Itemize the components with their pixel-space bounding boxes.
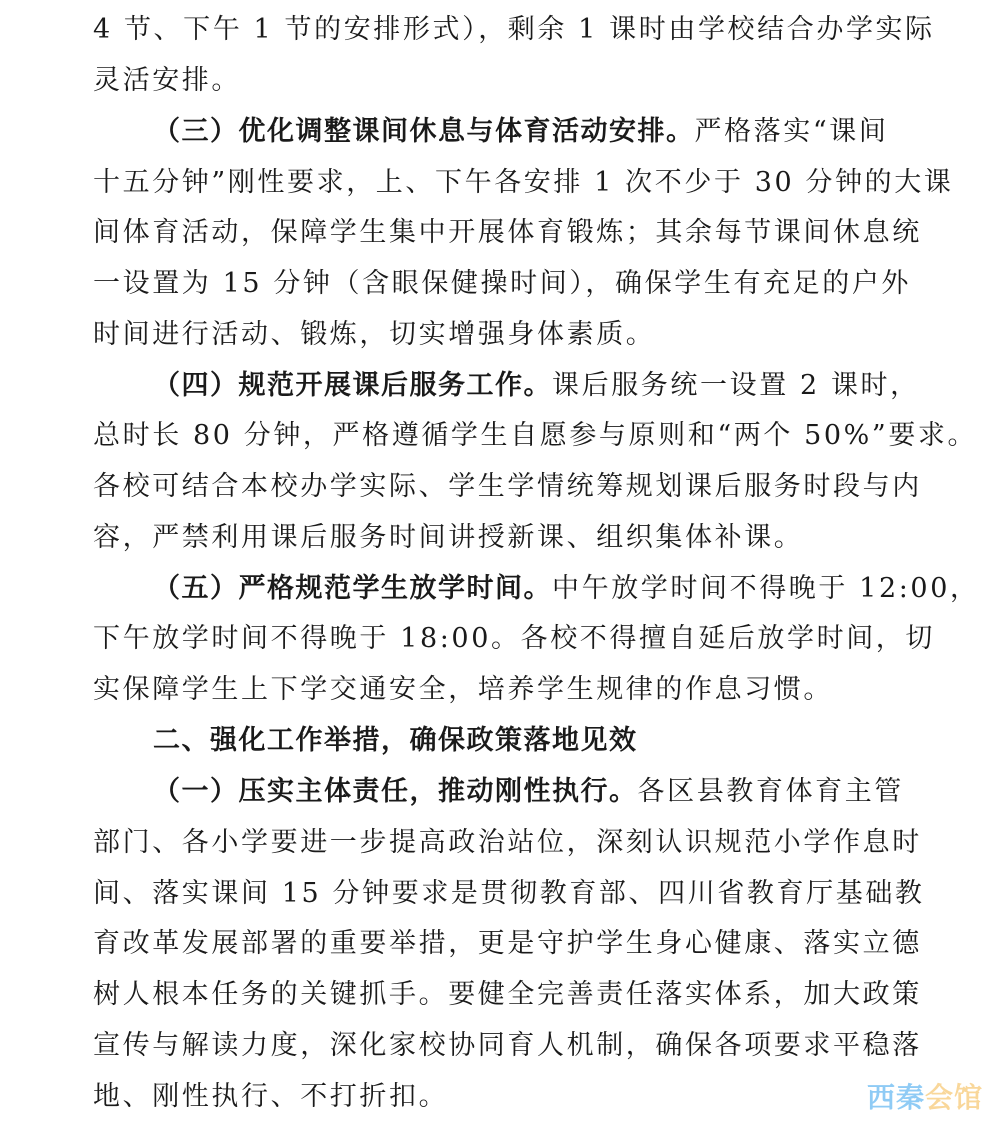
- paragraph-text: 课后服务统一设置 2 课时，: [552, 370, 920, 401]
- paragraph-line: 间体育活动，保障学生集中开展体育锻炼；其余每节课间休息统: [93, 207, 913, 259]
- subsection-title: （一）压实主体责任，推动刚性执行。: [153, 776, 638, 807]
- paragraph-line: 育改革发展部署的重要举措，更是守护学生身心健康、落实立德: [93, 918, 913, 970]
- watermark-logo: 西秦会馆: [867, 1076, 983, 1116]
- paragraph-text: 严格落实“课间: [695, 116, 889, 147]
- paragraph-line: 部门、各小学要进一步提高政治站位，深刻认识规范小学作息时: [93, 817, 913, 869]
- paragraph-line: 宣传与解读力度，深化家校协同育人机制，确保各项要求平稳落: [93, 1020, 913, 1072]
- paragraph-line: 十五分钟”刚性要求，上、下午各安排 1 次不少于 30 分钟的大课: [93, 157, 913, 209]
- section-5-heading-line: （五）严格规范学生放学时间。中午放学时间不得晚于 12:00，: [153, 563, 973, 615]
- paragraph-line: 各校可结合本校办学实际、学生学情统筹规划课后服务时段与内: [93, 461, 913, 513]
- paragraph-line: 4 节、下午 1 节的安排形式），剩余 1 课时由学校结合办学实际: [93, 4, 913, 56]
- subsection-title: （三）优化调整课间休息与体育活动安排。: [153, 116, 695, 147]
- subsection-1-heading-line: （一）压实主体责任，推动刚性执行。各区县教育体育主管: [153, 766, 973, 818]
- watermark-part1: 西秦: [867, 1081, 925, 1114]
- paragraph-text: 中午放学时间不得晚于 12:00，: [552, 573, 980, 604]
- paragraph-line: 一设置为 15 分钟（含眼保健操时间），确保学生有充足的户外: [93, 258, 913, 310]
- paragraph-line: 灵活安排。: [93, 55, 913, 107]
- paragraph-line: 下午放学时间不得晚于 18:00。各校不得擅自延后放学时间，切: [93, 613, 913, 665]
- paragraph-line: 树人根本任务的关键抓手。要健全完善责任落实体系，加大政策: [93, 969, 913, 1021]
- paragraph-line: 实保障学生上下学交通安全，培养学生规律的作息习惯。: [93, 664, 913, 716]
- paragraph-line: 总时长 80 分钟，严格遵循学生自愿参与原则和“两个 50%”要求。: [93, 410, 913, 462]
- paragraph-line: 容，严禁利用课后服务时间讲授新课、组织集体补课。: [93, 512, 913, 564]
- paragraph-text: 各区县教育体育主管: [638, 776, 904, 807]
- paragraph-line: 地、刚性执行、不打折扣。: [93, 1071, 913, 1123]
- subsection-title: （四）规范开展课后服务工作。: [153, 370, 552, 401]
- section-4-heading-line: （四）规范开展课后服务工作。课后服务统一设置 2 课时，: [153, 360, 973, 412]
- section-3-heading-line: （三）优化调整课间休息与体育活动安排。严格落实“课间: [153, 106, 973, 158]
- section-heading: 二、强化工作举措，确保政策落地见效: [153, 715, 973, 767]
- paragraph-line: 时间进行活动、锻炼，切实增强身体素质。: [93, 309, 913, 361]
- subsection-title: （五）严格规范学生放学时间。: [153, 573, 552, 604]
- watermark-part2: 会馆: [925, 1081, 983, 1114]
- paragraph-line: 间、落实课间 15 分钟要求是贯彻教育部、四川省教育厅基础教: [93, 868, 913, 920]
